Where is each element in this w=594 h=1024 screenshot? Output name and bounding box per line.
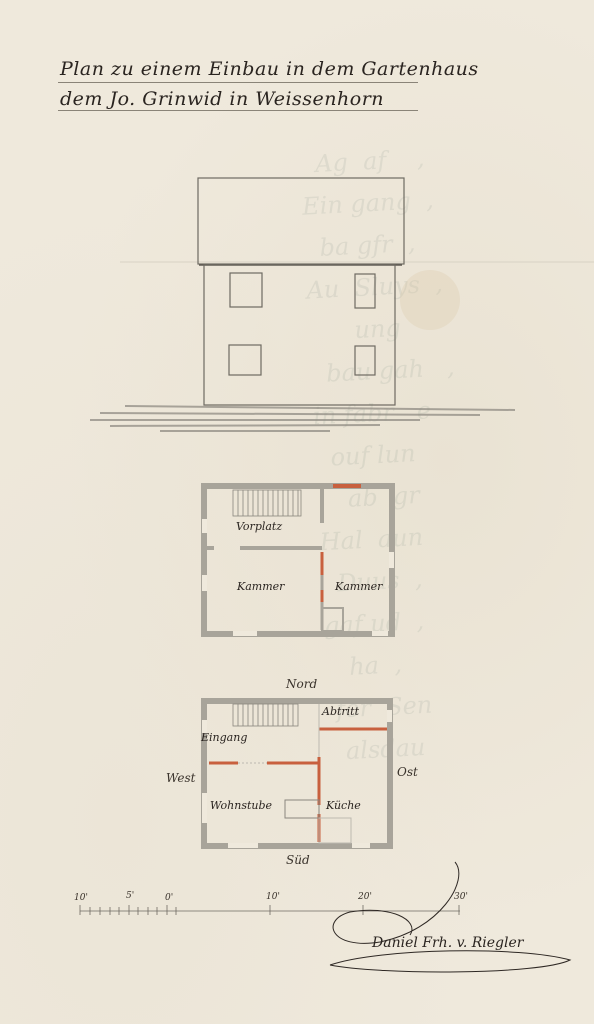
room-label-wohnstube: Wohnstube (210, 799, 272, 812)
room-label-abtritt: Abtritt (322, 705, 359, 718)
scale-tick-20: 20' (358, 892, 372, 902)
compass-south: Süd (286, 853, 310, 867)
room-label-eingang: Eingang (201, 731, 247, 744)
room-label-kammer-right: Kammer (335, 580, 382, 593)
room-label-vorplatz: Vorplatz (236, 520, 282, 533)
scale-tick-5: 5' (126, 891, 134, 901)
compass-east: Ost (397, 765, 418, 779)
drawing-layer (0, 0, 594, 1024)
upper-floor-plan (202, 484, 394, 636)
compass-north: Nord (286, 677, 317, 691)
room-label-kammer-left: Kammer (237, 580, 284, 593)
scale-tick-10: 10' (266, 892, 280, 902)
room-label-kueche: Küche (326, 799, 361, 812)
ground-floor-plan (202, 701, 392, 848)
compass-west: West (166, 771, 195, 785)
scale-bar (80, 905, 460, 915)
scale-tick-0: 0' (165, 893, 173, 903)
scale-tick-30: 30' (454, 892, 468, 902)
signature-flourish (330, 862, 570, 972)
signature: Daniel Frh. v. Riegler (372, 935, 523, 951)
scale-tick-10-left: 10' (74, 893, 88, 903)
